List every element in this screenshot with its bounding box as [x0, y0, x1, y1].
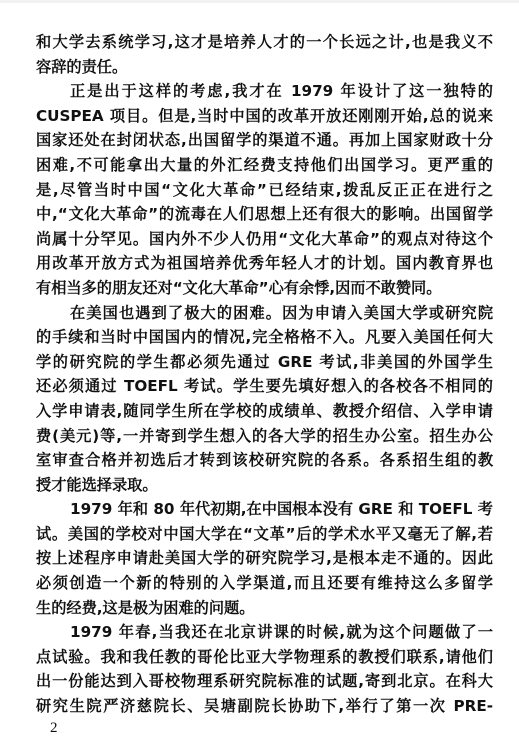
- text-line: 尚属十分罕见。国内外不少人仍用“文化大革命”的观点对待这个: [36, 227, 493, 252]
- text-line: 1979 年和 80 年代初期,在中国根本没有 GRE 和 TOEFL 考: [36, 497, 493, 522]
- text-line: 出一份能达到入哥校物理系研究院标准的试题,寄到北京。在科大: [36, 669, 493, 694]
- text-line: 研究生院严济慈院长、吴塘副院长协助下,举行了第一次 PRE-: [36, 694, 493, 719]
- text-line: 1979 年春,当我还在北京讲课的时候,就为这个问题做了一: [36, 620, 493, 645]
- text-line: 国家还处在封闭状态,出国留学的渠道不通。再加上国家财政十分: [36, 128, 493, 153]
- text-line: 在美国也遇到了极大的困难。因为申请入美国大学或研究院: [36, 301, 493, 326]
- text-line: 必须创造一个新的特别的入学渠道,而且还要有维持这么多留学: [36, 571, 493, 596]
- text-line: 费(美元)等,一并寄到学生想入的各大学的招生办公室。招生办公: [36, 424, 493, 449]
- page-top-edge: [0, 0, 519, 3]
- text-line: 授才能选择录取。: [36, 473, 493, 498]
- text-line: 点试验。我和我任教的哥伦比亚大学物理系的教授们联系,请他们: [36, 645, 493, 670]
- text-line: 有相当多的朋友还对“文化大革命”心有余悸,因而不敢赞同。: [36, 276, 493, 301]
- text-line: CUSPEA 项目。但是,当时中国的改革开放还刚刚开始,总的说来: [36, 104, 493, 129]
- text-line: 和大学去系统学习,这才是培养人才的一个长远之计,也是我义不: [36, 30, 493, 55]
- text-line: 生的经费,这是极为困难的问题。: [36, 596, 493, 621]
- text-line: 容辞的责任。: [36, 55, 493, 80]
- text-line: 学的研究院的学生都必须先通过 GRE 考试,非美国的外国学生: [36, 350, 493, 375]
- text-line: 按上述程序申请赴美国大学的研究院学习,是根本走不通的。因此: [36, 546, 493, 571]
- text-line: 入学申请表,随同学生所在学校的成绩单、教授介绍信、入学申请: [36, 399, 493, 424]
- text-line: 还必须通过 TOEFL 考试。学生要先填好想入的各校各不相同的: [36, 374, 493, 399]
- text-line: 中,“文化大革命”的流毒在人们思想上还有很大的影响。出国留学: [36, 202, 493, 227]
- text-line: 用改革开放方式为祖国培养优秀年轻人才的计划。国内教育界也: [36, 251, 493, 276]
- text-line: 试。美国的学校对中国大学在“文革”后的学术水平又毫无了解,若: [36, 522, 493, 547]
- text-line: 的手续和当时中国国内的情况,完全格格不入。凡要入美国任何大: [36, 325, 493, 350]
- text-line: 困难,不可能拿出大量的外汇经费支持他们出国学习。更严重的: [36, 153, 493, 178]
- page-number: 2: [50, 720, 58, 737]
- text-line: 室审查合格并初选后才转到该校研究院的各系。各系招生组的教: [36, 448, 493, 473]
- text-line: 正是出于这样的考虑,我才在 1979 年设计了这一独特的: [36, 79, 493, 104]
- text-line: 是,尽管当时中国“文化大革命”已经结束,拨乱反正正在进行之: [36, 178, 493, 203]
- document-body: 和大学去系统学习,这才是培养人才的一个长远之计,也是我义不容辞的责任。正是出于这…: [36, 30, 493, 719]
